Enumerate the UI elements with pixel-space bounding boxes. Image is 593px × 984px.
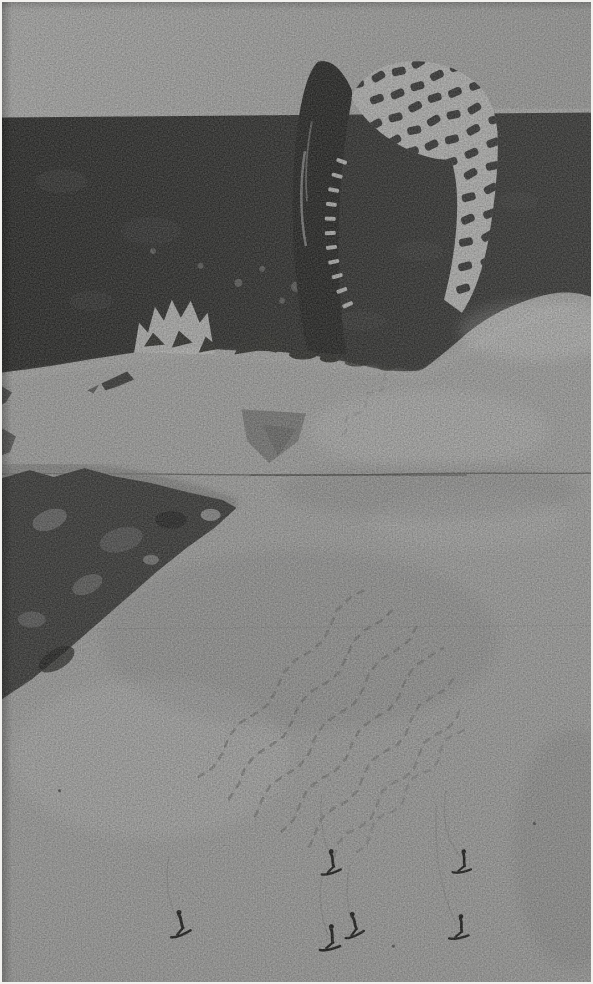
left-edge-shading — [2, 2, 12, 982]
grain-light-overlay — [2, 2, 591, 982]
screenshot — [0, 0, 593, 984]
newspaper-photo — [2, 2, 591, 982]
top-edge-shading — [2, 2, 591, 10]
newspaper-photo-frame — [0, 0, 593, 984]
